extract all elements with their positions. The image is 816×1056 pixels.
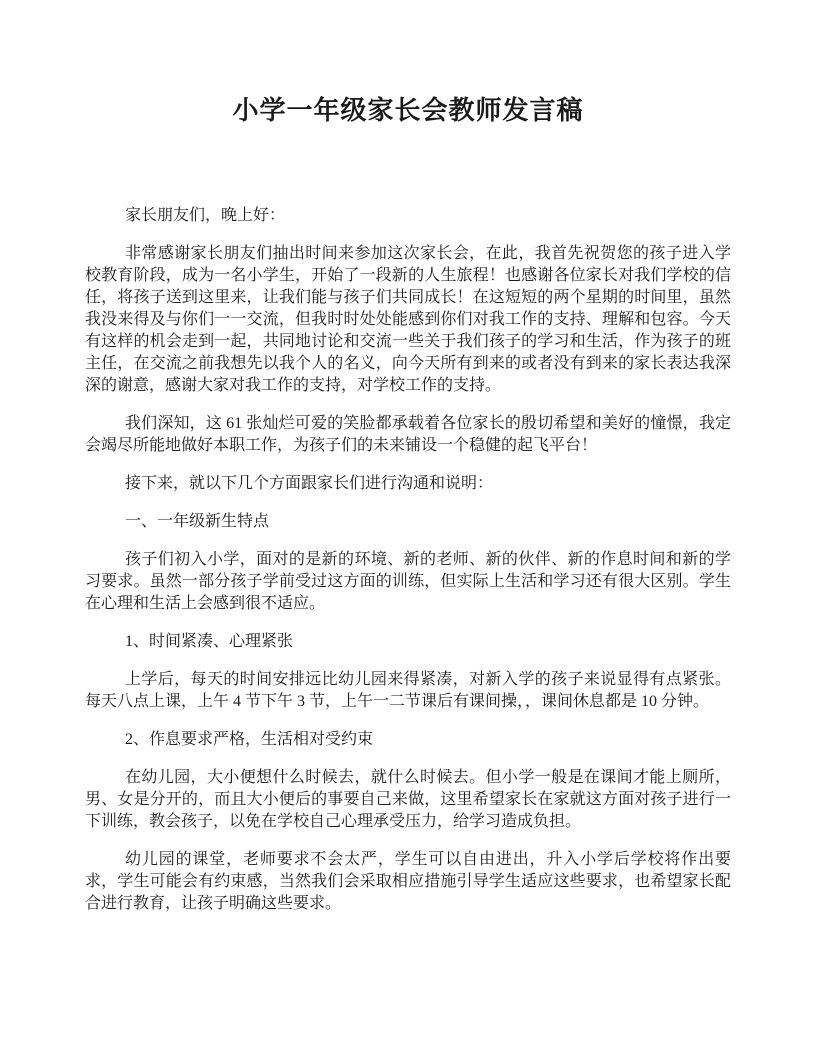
- students-commitment-paragraph: 我们深知，这 61 张灿烂可爱的笑脸都承载着各位家长的殷切希望和美好的憧憬，我定…: [85, 413, 731, 457]
- section-1-heading: 一、一年级新生特点: [85, 511, 731, 533]
- document-page: 小学一年级家长会教师发言稿 家长朋友们，晚上好： 非常感谢家长朋友们抽出时间来参…: [0, 0, 816, 1056]
- routine-training-paragraph: 在幼儿园，大小便想什么时候去，就什么时候去。但小学一般是在课间才能上厕所，男、女…: [85, 767, 731, 833]
- classroom-rules-paragraph: 幼儿园的课堂，老师要求不会太严，学生可以自由进出，升入小学后学校将作出要求，学生…: [85, 849, 731, 915]
- document-title: 小学一年级家长会教师发言稿: [85, 96, 731, 126]
- salutation-line: 家长朋友们，晚上好：: [85, 205, 731, 227]
- subsection-2-heading: 2、作息要求严格，生活相对受约束: [85, 729, 731, 751]
- opening-thanks-paragraph: 非常感谢家长朋友们抽出时间来参加这次家长会，在此，我首先祝贺您的孩子进入学校教育…: [85, 243, 731, 397]
- transition-line: 接下来，就以下几个方面跟家长们进行沟通和说明：: [85, 473, 731, 495]
- schedule-paragraph: 上学后，每天的时间安排远比幼儿园来得紧凑，对新入学的孩子来说显得有点紧张。每天八…: [85, 669, 731, 713]
- subsection-1-heading: 1、时间紧凑、心理紧张: [85, 631, 731, 653]
- section-1-intro-paragraph: 孩子们初入小学，面对的是新的环境、新的老师、新的伙伴、新的作息时间和新的学习要求…: [85, 549, 731, 615]
